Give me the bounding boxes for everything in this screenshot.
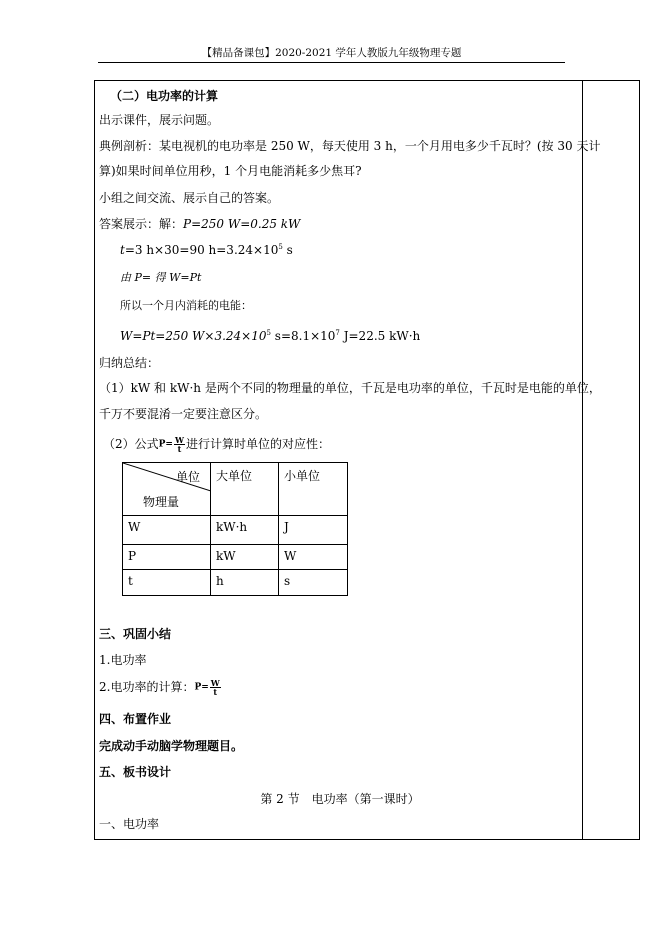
header-unit-label: 单位 [176,468,200,485]
review-item-2: 2.电功率的计算：P=Wt [99,675,222,700]
group-discussion-text: 小组之间交流、展示自己的答案。 [99,190,279,206]
table-row: W kW·h J [123,516,348,545]
time-calc-line: t=3 h×30=90 h=3.24×105 s [120,242,293,258]
cell-quantity: t [123,570,211,596]
time-unit: s [283,243,293,257]
summary-2-prefix: （2）公式 [103,437,159,451]
cell-quantity: P [123,545,211,570]
review-item-1: 1.电功率 [99,652,146,668]
column-divider [582,80,583,840]
answer-power: P=250 W=0.25 kW [183,217,300,231]
energy-calc-a: W=Pt=250 W×3.24×10 [120,329,267,343]
formula-lhs: P= [159,440,173,450]
page-header: 【精品备课包】2020-2021 学年人教版九年级物理专题 [98,44,565,62]
energy-intro-line: 所以一个月内消耗的电能： [120,298,252,314]
board-item-1: 一、电功率 [99,816,159,832]
cell-large-unit: kW·h [211,516,279,545]
formula-denominator: t [174,445,185,453]
cell-small-unit: s [279,570,348,596]
header-rule [98,62,565,63]
review-item-2-prefix: 2.电功率的计算： [99,680,194,694]
cell-small-unit: W [279,545,348,570]
derivation-line: 由 P= 得 W=Pt [120,270,201,286]
cell-small-unit: J [279,516,348,545]
summary-1-line-1: （1）kW 和 kW·h 是两个不同的物理量的单位，千瓦是电功率的单位，千瓦时是… [99,380,601,396]
homework-title: 四、布置作业 [99,711,171,727]
summary-2-line: （2）公式P=Wt进行计算时单位的对应性： [103,432,330,457]
review-title: 三、巩固小结 [99,626,171,642]
homework-text: 完成动手动脑学物理题目。 [99,738,243,754]
summary-label: 归纳总结： [99,355,159,371]
example-line-1: 典例剖析：某电视机的电功率是 250 W，每天使用 3 h，一个月用电多少千瓦时… [99,138,600,154]
answer-line: 答案展示：解：P=250 W=0.25 kW [99,216,300,232]
time-calc: =3 h×30=90 h=3.24×10 [125,243,279,257]
header-small-unit: 小单位 [279,463,348,516]
section-title-calculation: （二）电功率的计算 [110,88,218,104]
example-line-2: 算)如果时间单位用秒，1 个月电能消耗多少焦耳? [99,163,362,179]
table-row: P kW W [123,545,348,570]
summary-1-line-2: 千万不要混淆一定要注意区分。 [99,406,267,422]
table-row: t h s [123,570,348,596]
energy-calc-b: s=8.1×10 [271,329,335,343]
formula-denominator: t [210,688,221,696]
cell-quantity: W [123,516,211,545]
formula-fraction: Wt [174,436,185,453]
board-design-title: 五、板书设计 [99,764,171,780]
header-large-unit: 大单位 [211,463,279,516]
table-header-diagonal-cell: 单位 物理量 [123,463,211,516]
units-table: 单位 物理量 大单位 小单位 W kW·h J P kW W t h s [122,462,348,596]
board-heading: 第 2 节 电功率（第一课时） [99,791,581,807]
answer-label: 答案展示：解： [99,217,183,231]
cell-large-unit: kW [211,545,279,570]
summary-2-suffix: 进行计算时单位的对应性： [186,437,330,451]
formula-fraction: Wt [210,679,221,696]
show-problem-text: 出示课件，展示问题。 [99,112,219,128]
energy-calc-line: W=Pt=250 W×3.24×105 s=8.1×107 J=22.5 kW·… [120,328,420,344]
formula-lhs: P= [194,683,208,693]
header-quantity-label: 物理量 [143,493,179,510]
energy-calc-c: J=22.5 kW·h [340,329,420,343]
cell-large-unit: h [211,570,279,596]
